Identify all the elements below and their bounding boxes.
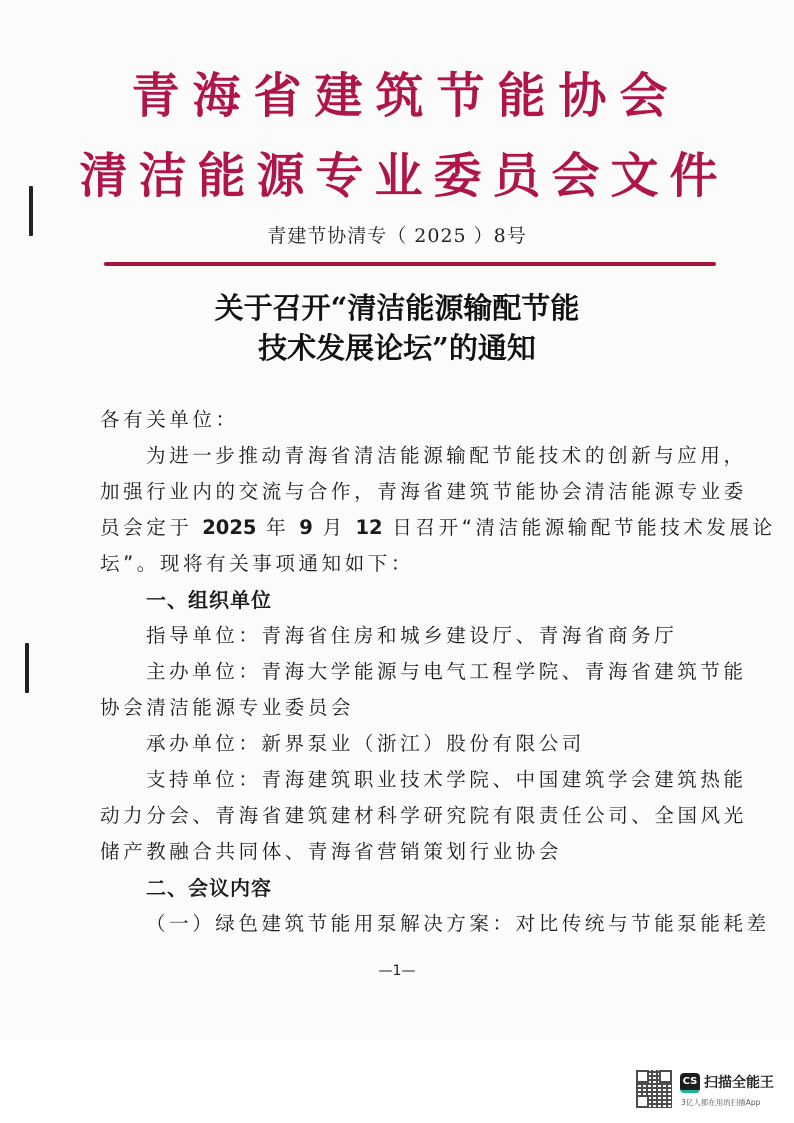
salutation: 各有关单位： <box>100 402 730 438</box>
intro-paragraph-line: 加强行业内的交流与合作，青海省建筑节能协会清洁能源专业委 <box>100 474 730 510</box>
notice-title: 关于召开“清洁能源输配节能 技术发展论坛”的通知 <box>0 288 794 368</box>
org-name-heading: 青海省建筑节能协会 <box>0 66 794 126</box>
intro-paragraph-line: 为进一步推动青海省清洁能源输配节能技术的创新与应用， <box>100 438 730 474</box>
qr-finder <box>636 1070 649 1083</box>
content-item: （一）绿色建筑节能用泵解决方案：对比传统与节能泵能耗差 <box>100 906 730 942</box>
meeting-month: 9 <box>299 516 313 539</box>
notice-title-line1: 关于召开“清洁能源输配节能 <box>0 288 794 328</box>
notice-title-line2: 技术发展论坛”的通知 <box>0 328 794 368</box>
supporting-units-line: 支持单位：青海建筑职业技术学院、中国建筑学会建筑热能 <box>100 762 730 798</box>
qr-finder <box>659 1070 672 1083</box>
page-number: —1— <box>0 963 794 979</box>
section-heading-organizers: 一、组织单位 <box>100 582 730 618</box>
scanned-page: 青海省建筑节能协会 清洁能源专业委员会文件 青建节协清专（ 2025 ）8号 关… <box>0 0 794 1040</box>
intro-paragraph-line: 坛”。现将有关事项通知如下： <box>100 546 730 582</box>
app-tagline: 3亿人都在用的扫描App <box>681 1097 760 1108</box>
text-run: 日召开“清洁能源输配节能技术发展论 <box>383 516 776 539</box>
text-run: 年 <box>256 516 299 539</box>
camscanner-watermark: CS 扫描全能王 3亿人都在用的扫描App <box>636 1070 786 1110</box>
guiding-units: 指导单位：青海省住房和城乡建设厅、青海省商务厅 <box>100 618 730 654</box>
notice-body: 各有关单位： 为进一步推动青海省清洁能源输配节能技术的创新与应用， 加强行业内的… <box>100 402 730 942</box>
qr-code-icon <box>636 1070 672 1108</box>
intro-paragraph-line: 员会定于 2025 年 9 月 12 日召开“清洁能源输配节能技术发展论 <box>100 510 730 546</box>
supporting-units-line: 储产教融合共同体、青海省营销策划行业协会 <box>100 834 730 870</box>
section-heading-content: 二、会议内容 <box>100 870 730 906</box>
qr-finder <box>636 1095 649 1108</box>
host-units-line: 主办单位：青海大学能源与电气工程学院、青海省建筑节能 <box>100 654 730 690</box>
text-run: 月 <box>313 516 356 539</box>
binding-mark <box>25 643 29 693</box>
app-name: 扫描全能王 <box>704 1072 774 1092</box>
organizing-unit: 承办单位：新界泵业（浙江）股份有限公司 <box>100 726 730 762</box>
meeting-day: 12 <box>355 516 382 539</box>
document-number: 青建节协清专（ 2025 ）8号 <box>0 222 794 250</box>
camscanner-logo-icon: CS <box>680 1073 700 1093</box>
red-divider <box>104 262 716 266</box>
meeting-year: 2025 <box>202 516 256 539</box>
host-units-line: 协会清洁能源专业委员会 <box>100 690 730 726</box>
committee-file-heading: 清洁能源专业委员会文件 <box>0 146 794 206</box>
text-run: 员会定于 <box>100 516 202 539</box>
supporting-units-line: 动力分会、青海省建筑建材科学研究院有限责任公司、全国风光 <box>100 798 730 834</box>
